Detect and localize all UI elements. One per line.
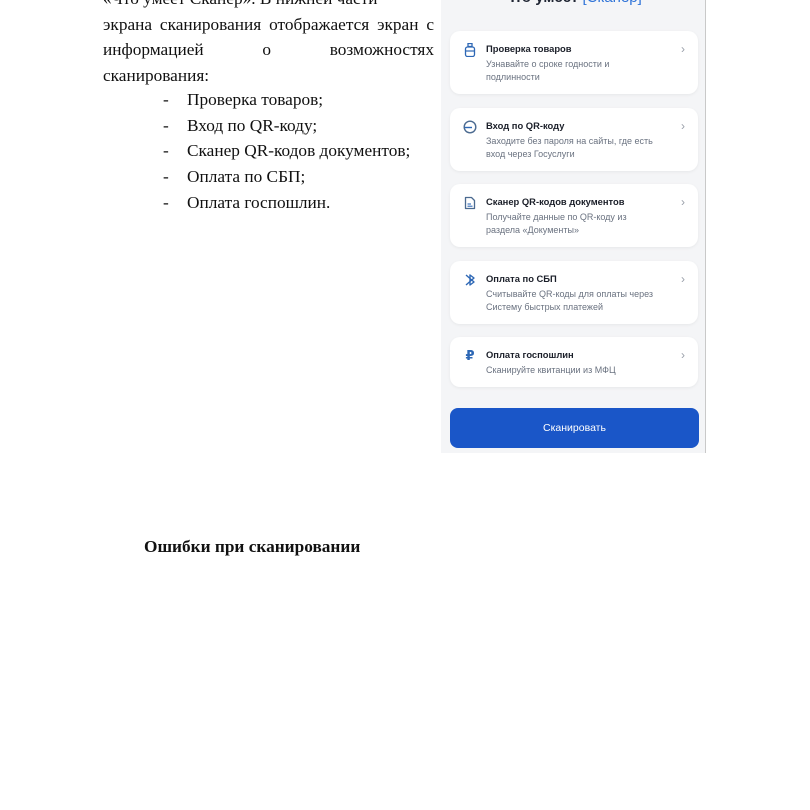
phone-screenshot: Что умеет [Сканер] Проверка товаров Узна…: [441, 0, 706, 453]
card-title: Вход по QR-коду: [486, 119, 684, 133]
list-item: -Вход по QR-коду;: [163, 113, 410, 139]
list-item: -Оплата госпошлин.: [163, 190, 410, 216]
card-title: Проверка товаров: [486, 42, 684, 56]
ruble-icon: ₽: [463, 349, 477, 363]
screen-title: Что умеет [Сканер]: [441, 0, 705, 6]
feature-card-sbp-payment[interactable]: Оплата по СБП Считывайте QR-коды для опл…: [450, 261, 698, 324]
card-description: Узнавайте о сроке годности и подлинности: [486, 58, 661, 84]
feature-card-product-check[interactable]: Проверка товаров Узнавайте о сроке годно…: [450, 31, 698, 94]
feature-card-state-fees[interactable]: ₽ Оплата госпошлин Сканируйте квитанции …: [450, 337, 698, 387]
card-description: Сканируйте квитанции из МФЦ: [486, 364, 661, 377]
scan-features-list: -Проверка товаров; -Вход по QR-коду; -Ск…: [163, 87, 410, 216]
scanner-title-accent: [Сканер]: [582, 0, 641, 6]
section-heading: Ошибки при сканировании: [144, 537, 360, 557]
chevron-right-icon: ›: [681, 42, 685, 56]
card-title: Оплата госпошлин: [486, 348, 684, 362]
card-title: Оплата по СБП: [486, 272, 684, 286]
scan-button[interactable]: Сканировать: [450, 408, 699, 448]
card-description: Считывайте QR-коды для оплаты через Сист…: [486, 288, 661, 314]
list-item: -Проверка товаров;: [163, 87, 410, 113]
bottle-icon: [463, 43, 477, 57]
sbp-icon: [463, 273, 477, 287]
card-description: Получайте данные по QR-коду из раздела «…: [486, 211, 661, 237]
list-item: -Оплата по СБП;: [163, 164, 410, 190]
list-item: -Сканер QR-кодов документов;: [163, 138, 410, 164]
feature-card-qr-login[interactable]: Вход по QR-коду Заходите без пароля на с…: [450, 108, 698, 171]
chevron-right-icon: ›: [681, 195, 685, 209]
paragraph-text: экрана сканирования отображается экран с…: [103, 12, 434, 89]
chevron-right-icon: ›: [681, 348, 685, 362]
body-paragraph: «Что умеет Сканер». В нижней части экран…: [103, 0, 434, 89]
login-icon: [463, 120, 477, 134]
chevron-right-icon: ›: [681, 119, 685, 133]
paragraph-clipped-line: «Что умеет Сканер». В нижней части: [103, 0, 434, 12]
card-title: Сканер QR-кодов документов: [486, 195, 684, 209]
chevron-right-icon: ›: [681, 272, 685, 286]
card-description: Заходите без пароля на сайты, где есть в…: [486, 135, 661, 161]
feature-card-document-scanner[interactable]: Сканер QR-кодов документов Получайте дан…: [450, 184, 698, 247]
document-icon: [463, 196, 477, 210]
